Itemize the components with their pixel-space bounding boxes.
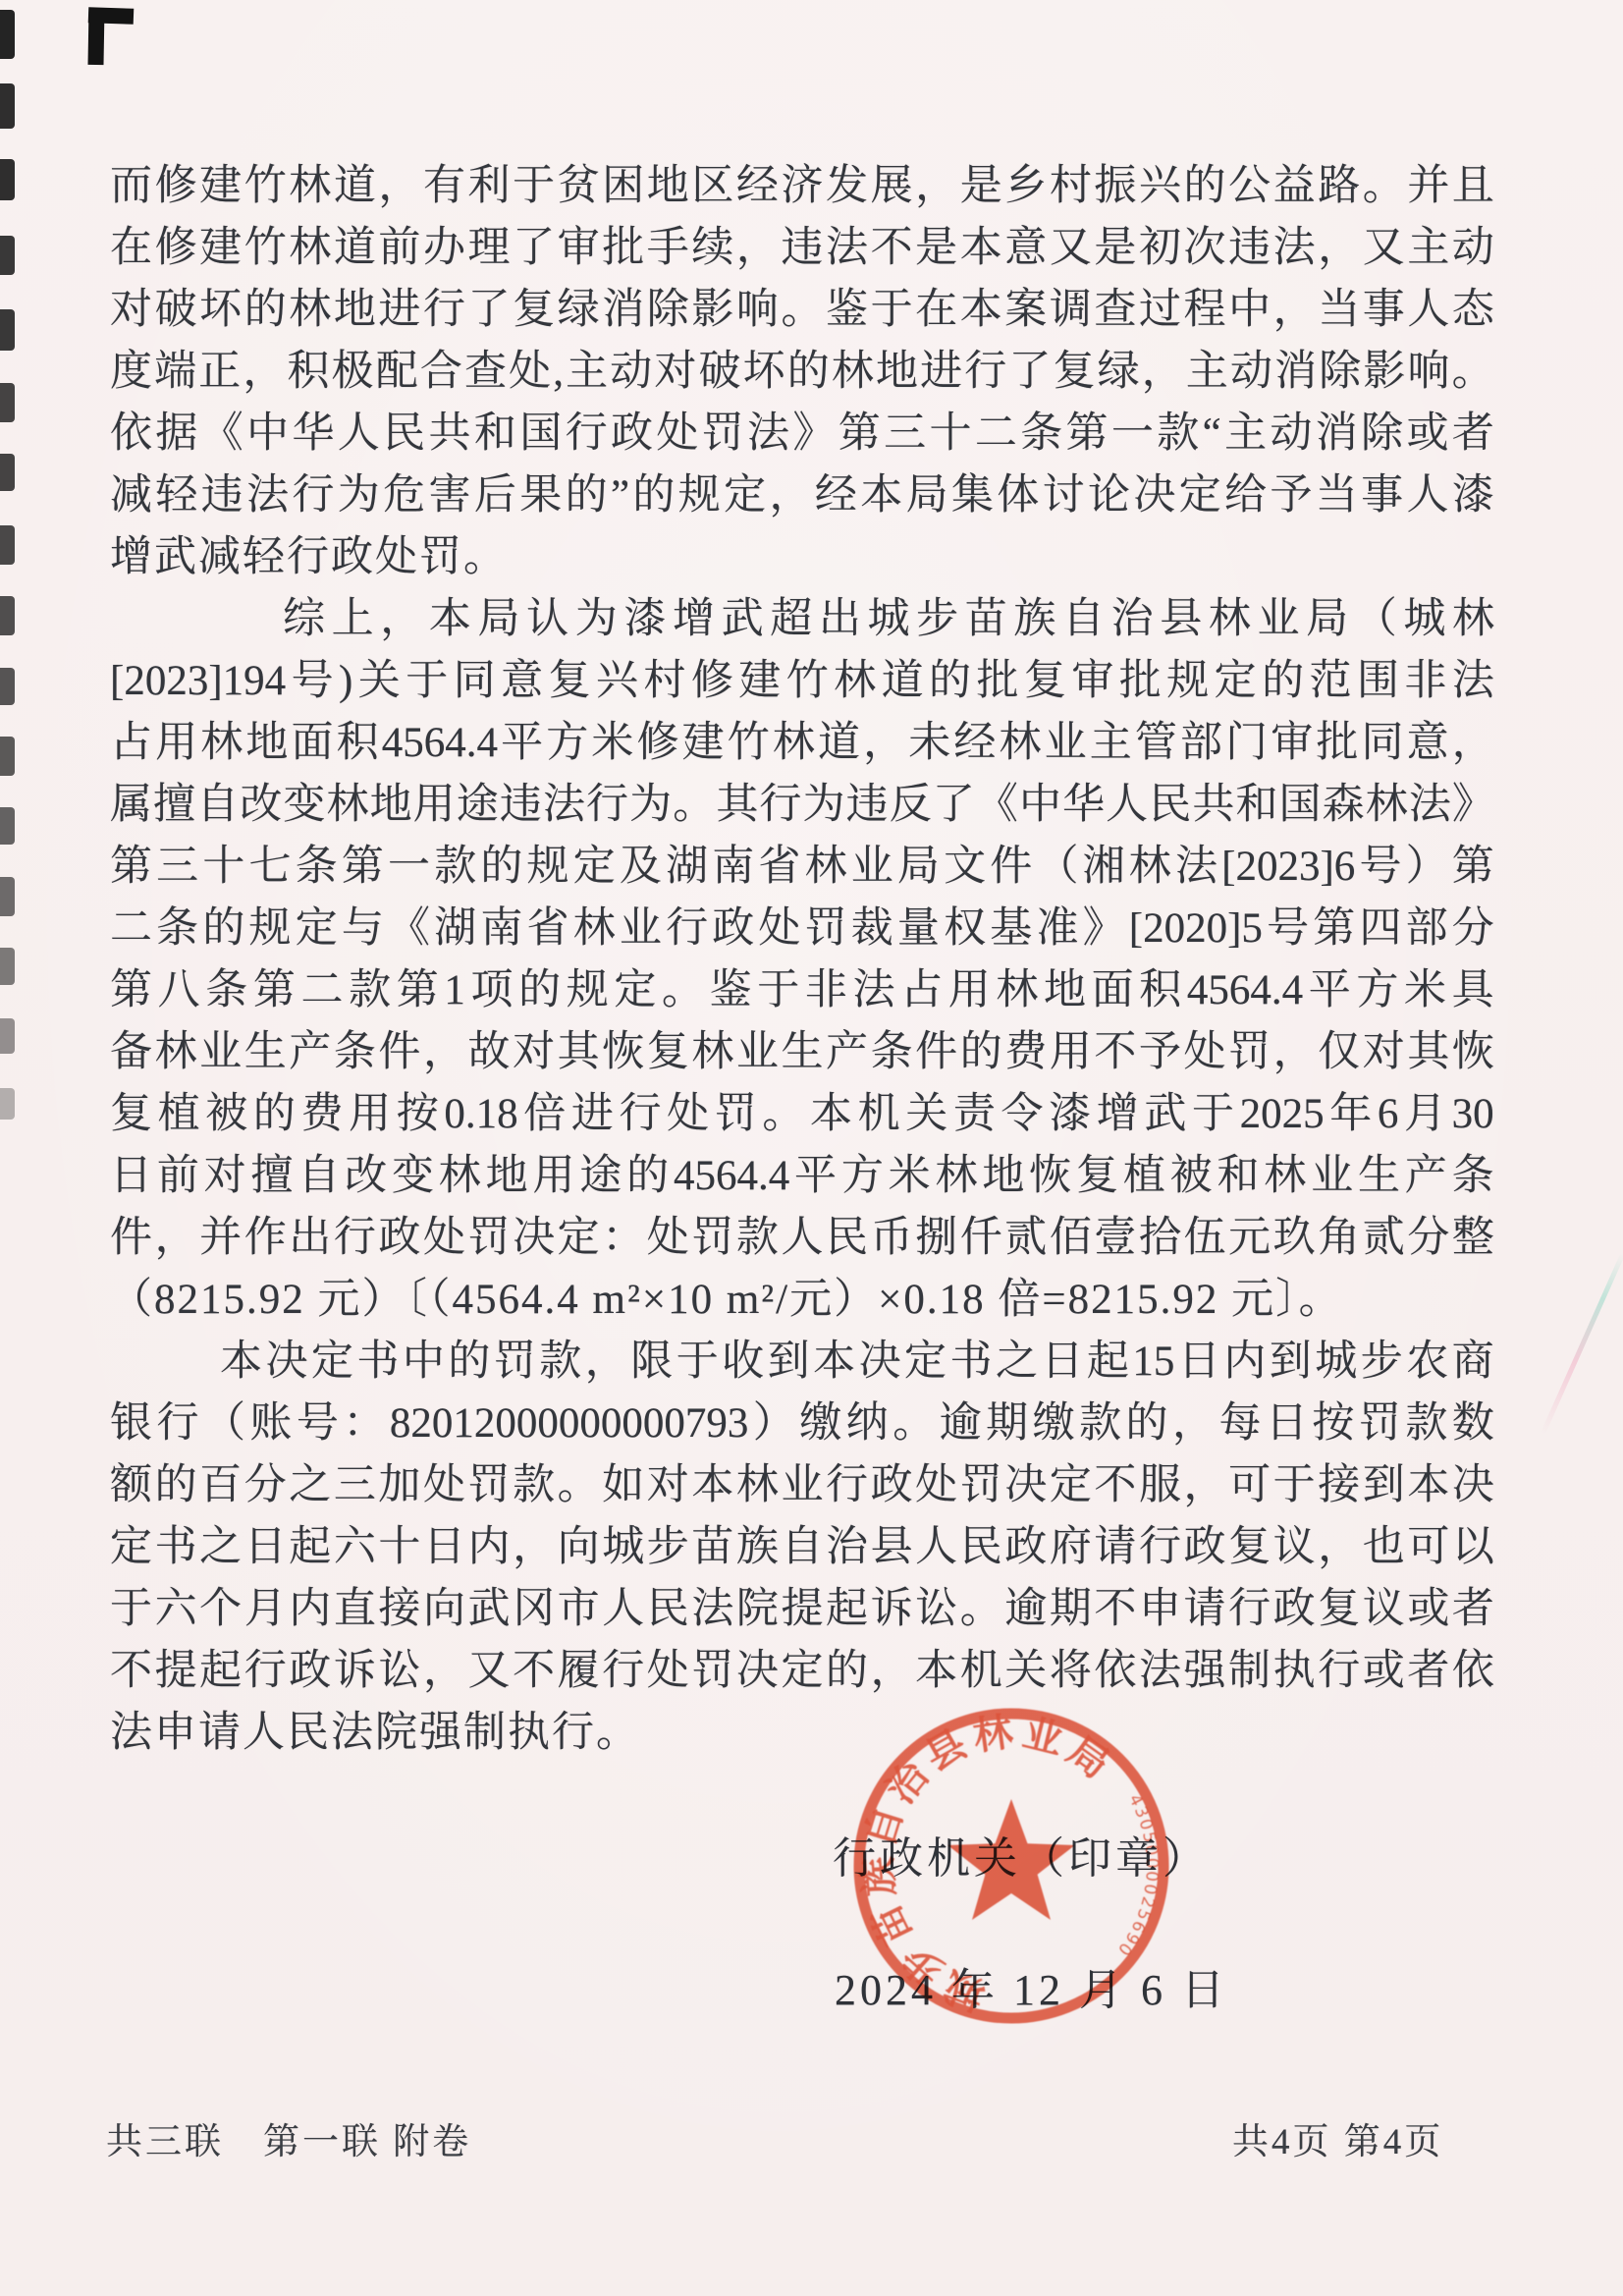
body-line: 于六个月内直接向武冈市人民法院提起诉讼。逾期不申请行政复议或者 (110, 1578, 1494, 1640)
body-line: 件，并作出行政处罚决定：处罚款人民币捌仟贰佰壹拾伍元玖角贰分整 (110, 1207, 1494, 1269)
body-line: 度端正，积极配合查处,主动对破坏的林地进行了复绿，主动消除影响。 (110, 341, 1494, 403)
scanned-document-page: 而修建竹林道，有利于贫困地区经济发展，是乡村振兴的公益路。并且在修建竹林道前办理… (0, 0, 1623, 2296)
body-line: 在修建竹林道前办理了审批手续，违法不是本意又是初次违法，又主动 (110, 217, 1494, 279)
body-line: 占用林地面积 4564.4 平方米修建竹林道，未经林业主管部门审批同意， (110, 712, 1494, 774)
body-line: 复植被的费用按 0.18 倍进行处罚。本机关责令漆增武于 2025 年 6 月 … (110, 1083, 1494, 1145)
footer-copy-info: 共三联 第一联 附卷 (106, 2111, 471, 2164)
scan-streak-artifact (1541, 1253, 1623, 1435)
scan-edge-mark (0, 1088, 15, 1120)
body-line: 减轻违法行为危害后果的”的规定，经本局集体讨论决定给予当事人漆 (110, 465, 1494, 526)
body-line: 属擅自改变林地用途违法行为。其行为违反了《中华人民共和国森林法》 (110, 774, 1494, 836)
body-line: 备林业生产条件，故对其恢复林业生产条件的费用不予处罚，仅对其恢 (110, 1021, 1494, 1083)
body-line: 第八条第二款第 1 项的规定。鉴于非法占用林地面积 4564.4 平方米具 (110, 959, 1494, 1021)
scan-edge-mark (0, 807, 15, 845)
scan-corner-mark (87, 8, 104, 65)
scan-edge-mark (0, 309, 15, 351)
scan-edge-mark (0, 83, 15, 129)
scan-edge-mark (0, 596, 15, 635)
body-line: 不提起行政诉讼，又不履行处罚决定的，本机关将依法强制执行或者依 (110, 1640, 1494, 1702)
scan-edge-mark (0, 737, 15, 776)
body-line: 二条的规定与《湖南省林业行政处罚裁量权基准》[2020]5 号第四部分 (110, 898, 1494, 959)
body-line: 而修建竹林道，有利于贫困地区经济发展，是乡村振兴的公益路。并且 (110, 155, 1494, 217)
body-line: 银行（账号：82012000000000793）缴纳。逾期缴款的，每日按罚款数 (110, 1393, 1494, 1454)
body-line: 日前对擅自改变林地用途的 4564.4 平方米林地恢复植被和林业生产条 (110, 1145, 1494, 1207)
scan-edge-mark (0, 454, 15, 491)
body-line: 额的百分之三加处罚款。如对本林业行政处罚决定不服，可于接到本决 (110, 1454, 1494, 1516)
body-line: 综上，本局认为漆增武超出城步苗族自治县林业局（城林 (110, 588, 1494, 650)
scan-edge-mark (0, 159, 15, 200)
scan-edge-mark (0, 236, 15, 275)
document-body: 而修建竹林道，有利于贫困地区经济发展，是乡村振兴的公益路。并且在修建竹林道前办理… (110, 155, 1494, 1764)
body-line: 第三十七条第一款的规定及湖南省林业局文件（湘林法[2023]6 号）第 (110, 836, 1494, 898)
scan-edge-mark (0, 668, 15, 705)
body-line: 增武减轻行政处罚。 (110, 526, 1494, 588)
scan-edge-mark (0, 877, 15, 916)
issuer-line: 行政机关（印章） (833, 1823, 1210, 1886)
scan-edge-mark (0, 525, 15, 565)
body-line: 对破坏的林地进行了复绿消除影响。鉴于在本案调查过程中，当事人态 (110, 279, 1494, 341)
date-line: 2024 年 12 月 6 日 (835, 1954, 1228, 2017)
scan-edge-mark (0, 1018, 15, 1054)
body-line: 法申请人民法院强制执行。 (110, 1702, 1494, 1764)
scan-edge-mark (0, 948, 15, 985)
scan-edge-mark (0, 10, 15, 59)
body-line: 定书之日起六十日内，向城步苗族自治县人民政府请行政复议，也可以 (110, 1516, 1494, 1578)
body-line: [2023]194 号)关于同意复兴村修建竹林道的批复审批规定的范围非法 (110, 650, 1494, 712)
footer-page-number: 共4页 第4页 (1232, 2111, 1443, 2164)
body-line: 本决定书中的罚款，限于收到本决定书之日起 15 日内到城步农商 (110, 1331, 1494, 1393)
body-line: （8215.92 元）〔（4564.4 m²×10 m²/元）×0.18 倍=8… (110, 1269, 1494, 1331)
body-line: 依据《中华人民共和国行政处罚法》第三十二条第一款“主动消除或者 (110, 403, 1494, 465)
scan-edge-mark (0, 383, 15, 422)
